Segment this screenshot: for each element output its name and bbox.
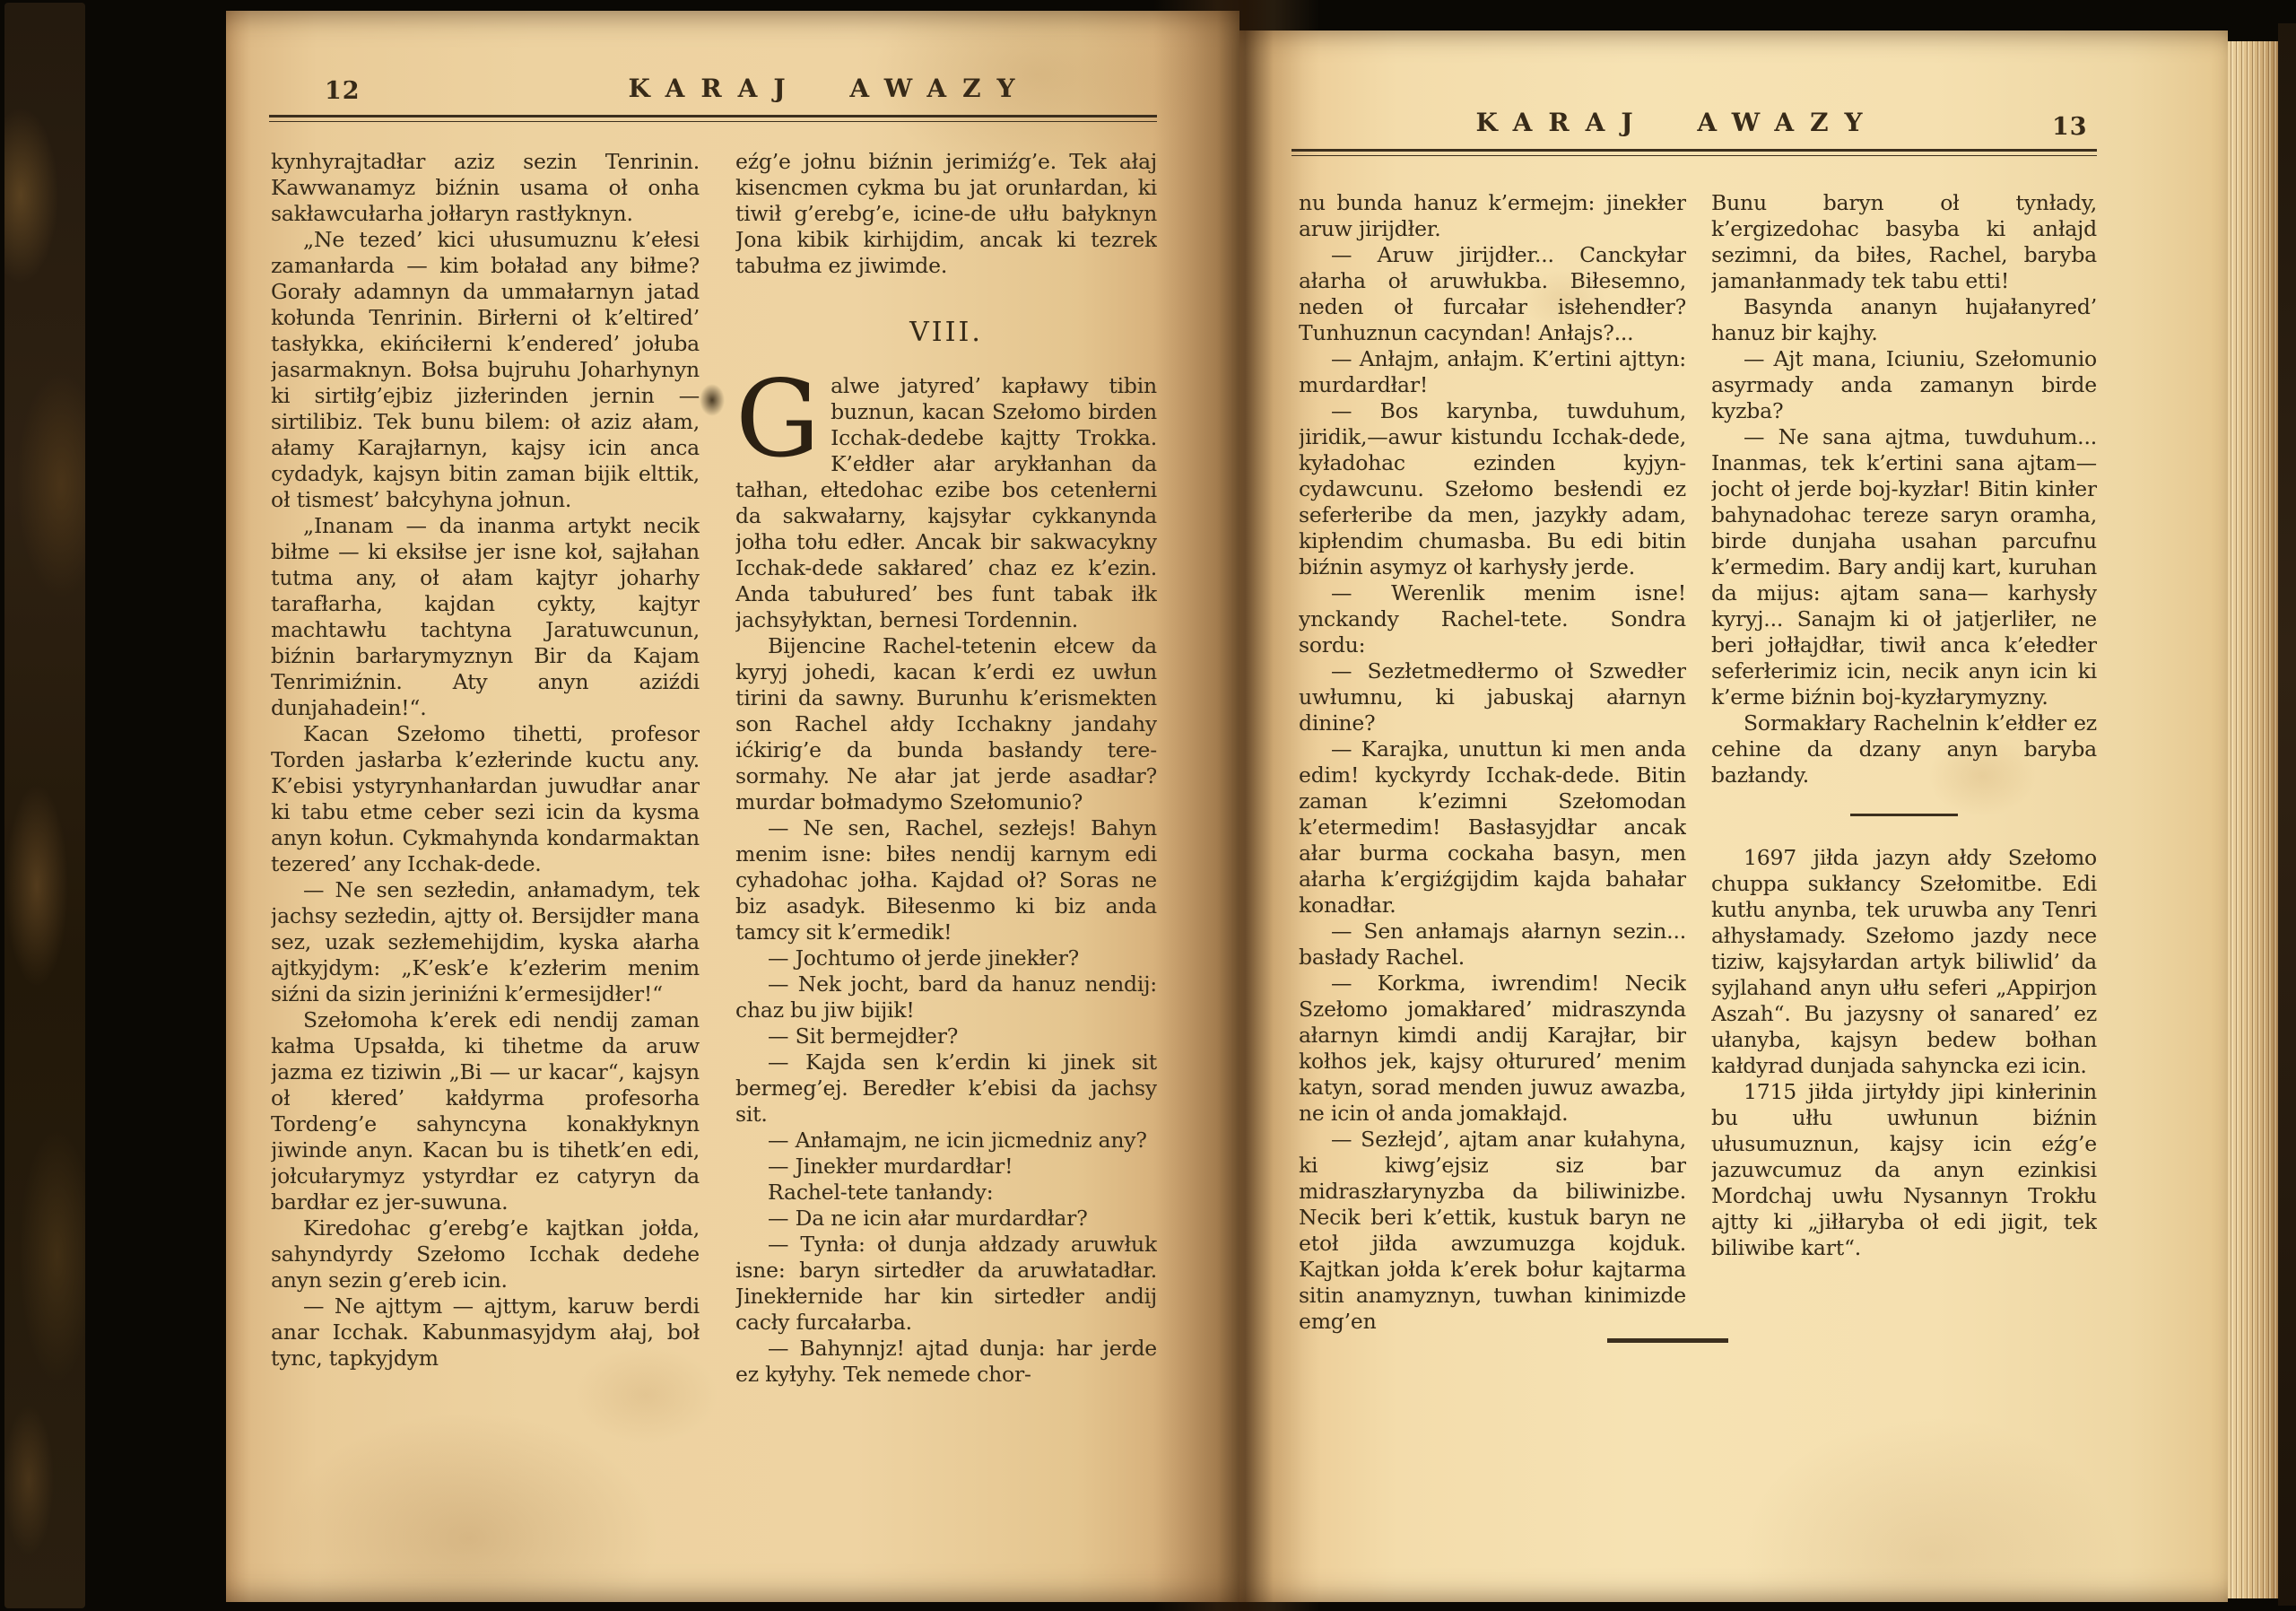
section-divider-rule bbox=[1850, 814, 1958, 816]
section-heading: VIII. bbox=[735, 317, 1157, 348]
page-number-left: 12 bbox=[325, 77, 361, 105]
paragraph: Bijencine Rachel-tetenin ełcew da kyryj … bbox=[735, 633, 1157, 815]
paragraph: kynhyrajtadłar aziz sezin Tenrinin. Kaww… bbox=[271, 149, 700, 227]
paragraph: — Da ne icin ałar murdardłar? bbox=[735, 1206, 1157, 1232]
paragraph: — Sezłejd’, ajtam anar kułahyna, ki kiwg… bbox=[1299, 1127, 1686, 1335]
paragraph: — Bos karynba, tuwduhum, jiridik,—awur k… bbox=[1299, 398, 1686, 580]
paragraph: „Inanam — da inanma artykt necik biłme —… bbox=[271, 513, 700, 721]
paragraph: — Jinekłer murdardłar! bbox=[735, 1154, 1157, 1180]
paragraph: Szełomoha k’erek edi nendij zaman kałma … bbox=[271, 1007, 700, 1215]
paragraph: nu bunda hanuz k’ermejm: jinekłer aruw j… bbox=[1299, 190, 1686, 242]
paragraph: — Sen anłamajs ałarnyn sezin... basłady … bbox=[1299, 919, 1686, 971]
page-number-right: 13 bbox=[2052, 113, 2088, 141]
paragraph: — Ne sen sezłedin, anłamadym, tek jachsy… bbox=[271, 877, 700, 1007]
paragraph: 1697 jiłda jazyn ałdy Szełomo chuppa suk… bbox=[1711, 845, 2097, 1079]
paragraph: Sormakłary Rachelnin k’ełdłer ez cehine … bbox=[1711, 710, 2097, 788]
header-rule-right bbox=[1291, 149, 2097, 156]
paragraph: — Bahynnjz! ajtad dunja: har jerde ez ky… bbox=[735, 1336, 1157, 1388]
paragraph: — Ne sana ajtma, tuwduhum... Inanmas, te… bbox=[1711, 424, 2097, 710]
paragraph: „Ne tezed’ kici ułusumuznu k’ełesi zaman… bbox=[271, 227, 700, 513]
drop-cap-letter: G bbox=[735, 373, 831, 459]
paragraph: — Ne sen, Rachel, sezłejs! Bahyn menim i… bbox=[735, 815, 1157, 945]
paragraph: — Sezłetmedłermo oł Szwedłer uwłumnu, ki… bbox=[1299, 658, 1686, 736]
page-stack-right-edges bbox=[2228, 41, 2278, 1598]
paragraph: — Nek jocht, bard da hanuz nendij: chaz … bbox=[735, 971, 1157, 1023]
paragraph: — Karajka, unuttun ki men anda edim! kyc… bbox=[1299, 736, 1686, 919]
right-page-column-1: nu bunda hanuz k’ermejm: jinekłer aruw j… bbox=[1299, 190, 1686, 1343]
paragraph: eźg’e jołnu biźnin jerimiźg’e. Tek ałaj … bbox=[735, 149, 1157, 279]
header-rule-left bbox=[269, 115, 1157, 122]
page-stack-left-edges bbox=[85, 9, 226, 1604]
paragraph: — Werenlik menim isne! ynckandy Rachel-t… bbox=[1299, 580, 1686, 658]
paragraph-with-dropcap: Galwe jatyred’ kapławy tibin buznun, kac… bbox=[735, 373, 1157, 633]
paragraph: Rachel-tete tanłandy: bbox=[735, 1180, 1157, 1206]
paragraph: — Aruw jirijdłer... Canckyłar ałarha oł … bbox=[1299, 242, 1686, 346]
book-cover-right-edge bbox=[2278, 23, 2296, 1606]
paragraph: — Jochtumo oł jerde jinekłer? bbox=[735, 945, 1157, 971]
paragraph: — Anłamajm, ne icin jicmedniz any? bbox=[735, 1128, 1157, 1154]
running-title-left: KARAJ AWAZY bbox=[489, 74, 1170, 103]
paragraph: — Tynła: oł dunja ałdzady aruwłuk isne: … bbox=[735, 1232, 1157, 1336]
paragraph: Kacan Szełomo tihetti, profesor Torden j… bbox=[271, 721, 700, 877]
right-page-column-2: Bunu baryn oł tynłady, k’ergizedohac bas… bbox=[1711, 190, 2097, 1594]
paragraph: Basynda ananyn hujałanyred’ hanuz bir ka… bbox=[1711, 294, 2097, 346]
left-page-column-2: eźg’e jołnu biźnin jerimiźg’e. Tek ałaj … bbox=[735, 149, 1157, 1553]
paragraph: 1715 jiłda jirtyłdy jipi kinłerinin bu u… bbox=[1711, 1079, 2097, 1261]
section-end-rule bbox=[1607, 1338, 1728, 1343]
running-title-right: KARAJ AWAZY bbox=[1345, 108, 2009, 137]
paragraph: — Korkma, iwrendim! Necik Szełomo jomakł… bbox=[1299, 971, 1686, 1127]
paragraph: — Kajda sen k’erdin ki jinek sit bermeg’… bbox=[735, 1049, 1157, 1128]
paragraph: — Ajt mana, Iciuniu, Szełomunio asyrmady… bbox=[1711, 346, 2097, 424]
paragraph: — Anłajm, anłajm. K’ertini ajttyn: murda… bbox=[1299, 346, 1686, 398]
paragraph: — Sit bermejdłer? bbox=[735, 1023, 1157, 1049]
paragraph: Kiredohac g’erebg’e kajtkan jołda, sahyn… bbox=[271, 1215, 700, 1293]
paragraph: Bunu baryn oł tynłady, k’ergizedohac bas… bbox=[1711, 190, 2097, 294]
book-cover-left-edge bbox=[4, 3, 85, 1608]
left-page-column-1: kynhyrajtadłar aziz sezin Tenrinin. Kaww… bbox=[271, 149, 700, 1553]
paragraph: — Ne ajttym — ajttym, karuw berdi anar I… bbox=[271, 1293, 700, 1372]
